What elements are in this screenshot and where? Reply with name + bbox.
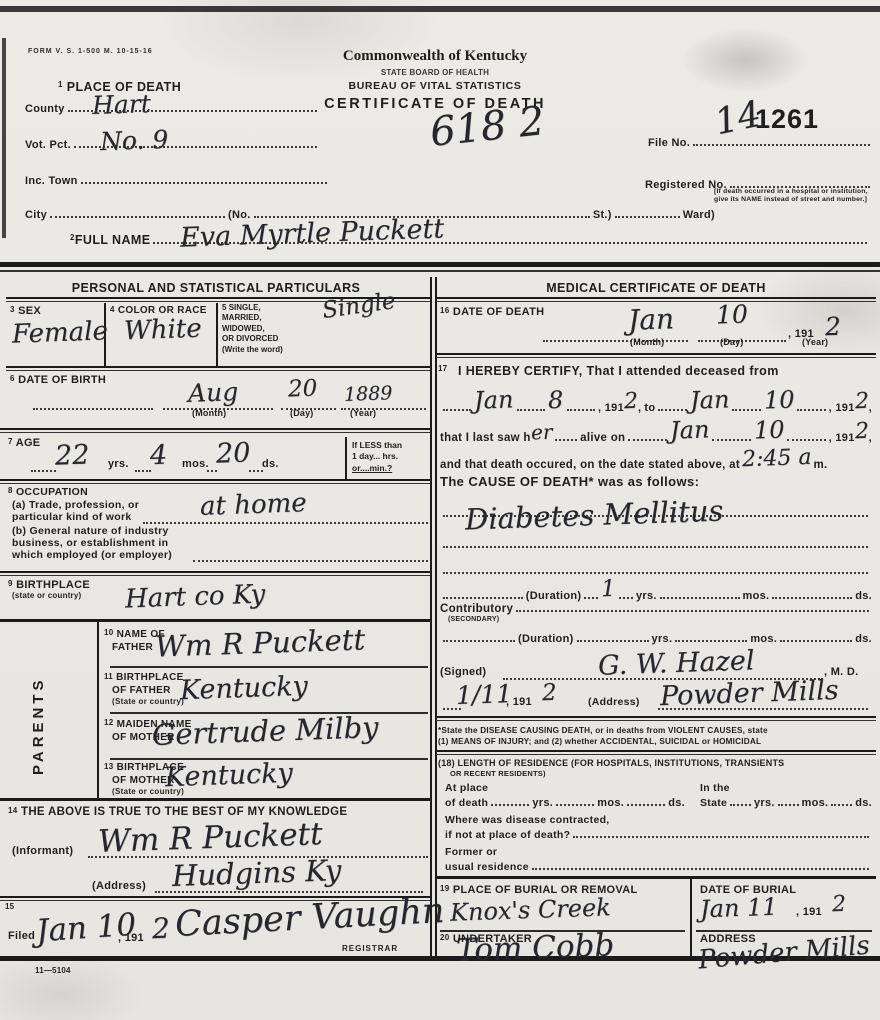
dotted-leader	[567, 399, 595, 411]
street-no-label: (No.	[228, 209, 251, 221]
dotted-leader	[831, 794, 852, 806]
dotted-leader	[627, 794, 665, 806]
dotted-leader	[249, 460, 263, 472]
attended-to-day: 10	[763, 385, 795, 414]
bureau-line: BUREAU OF VITAL STATISTICS	[285, 80, 585, 92]
signed-label: (Signed)	[440, 666, 486, 678]
disease-contracted-row: if not at place of death?	[445, 826, 872, 841]
death-time-line: and that death occured, on the date stat…	[440, 446, 872, 471]
age-less-than-note: If LESS than 1 day... hrs. or....min.?	[352, 440, 428, 474]
meridiem-label: m.	[813, 459, 827, 471]
commonwealth-title: Commonwealth of Kentucky	[285, 48, 585, 65]
father-birthplace-label: 11 BIRTHPLACE OF FATHER (State or countr…	[104, 672, 184, 707]
divider	[436, 297, 876, 299]
divider	[436, 353, 876, 355]
informant-address-label: (Address)	[92, 880, 146, 892]
dod-day-caption: (Day)	[720, 337, 744, 347]
dotted-leader	[797, 399, 825, 411]
attended-from-month: Jan	[474, 385, 514, 414]
informant-label: (Informant)	[12, 845, 73, 857]
dotted-leader	[491, 794, 529, 806]
undertaker-value: Tom Cobb	[455, 927, 614, 969]
divider	[0, 575, 430, 576]
race-value: White	[124, 314, 203, 347]
dotted-leader	[780, 630, 852, 642]
dotted-leader	[619, 587, 633, 599]
last-saw-month: Jan	[669, 415, 709, 444]
certify-intro: I HEREBY CERTIFY, That I attended deceas…	[458, 364, 779, 378]
dotted-leader	[730, 794, 751, 806]
at-place-label-1: At place	[445, 782, 488, 794]
disease-contracted-label-1: Where was disease contracted,	[445, 814, 610, 826]
city-label: City	[25, 209, 47, 221]
dotted-leader	[556, 794, 594, 806]
file-no-label: File No.	[648, 137, 690, 149]
pronoun-her: er	[530, 420, 552, 445]
dotted-leader	[555, 429, 577, 441]
dotted-leader	[31, 460, 56, 472]
date-of-death-label: DATE OF DEATH	[453, 306, 545, 318]
contributory-duration-line: (Duration) yrs. mos. ds.	[440, 630, 872, 645]
signed-address-label: (Address)	[588, 696, 640, 708]
dotted-leader	[532, 858, 869, 870]
occupation-label: OCCUPATION	[16, 486, 88, 498]
last-saw-line: that I last saw h er alive on Jan 10 , 1…	[440, 416, 872, 444]
age-ds-label: ds.	[262, 458, 279, 470]
hospital-note: [If death occurred in a hospital or inst…	[714, 188, 872, 205]
cause-of-death-value: Diabetes Mellitus	[464, 494, 723, 537]
dotted-leader	[517, 399, 545, 411]
filed-label: Filed	[8, 930, 35, 942]
burial-date-value: Jan 11	[700, 893, 778, 924]
filed-year-printed: , 191	[118, 932, 144, 944]
dotted-leader	[628, 429, 666, 441]
divider	[436, 754, 876, 755]
divider	[436, 876, 876, 879]
violent-causes-footnote-2: (1) MEANS OF INJURY; and (2) whether ACC…	[438, 737, 874, 746]
age-mos-label: mos.	[182, 458, 209, 470]
burial-place-value: Knox's Creek	[450, 893, 612, 927]
cell-divider	[216, 303, 218, 366]
signed-date-value: 1/11	[456, 679, 513, 710]
voting-precinct-row: Vot. Pct.	[25, 136, 320, 151]
dotted-leader	[732, 399, 760, 411]
column-divider	[435, 277, 437, 958]
voting-precinct-label: Vot. Pct.	[25, 139, 71, 151]
dob-year-caption: (Year)	[350, 408, 376, 418]
divider	[0, 479, 430, 481]
father-birthplace-value: Kentucky	[179, 671, 308, 706]
dob-month-value: Aug	[188, 377, 239, 408]
column-divider	[430, 277, 432, 958]
divider	[436, 750, 876, 752]
county-row: County	[25, 100, 320, 115]
dotted-leader	[730, 176, 870, 188]
dob-day-caption: (Day)	[290, 408, 314, 418]
dotted-leader	[787, 429, 825, 441]
state-board-line: STATE BOARD OF HEALTH	[285, 68, 585, 77]
scan-edge-left	[2, 38, 6, 238]
dod-month-caption: (Month)	[630, 337, 664, 347]
dotted-leader	[660, 587, 740, 599]
attended-from-year-suffix: 2	[624, 389, 639, 414]
sex-label: SEX	[18, 305, 41, 317]
father-name-value: Wm R Puckett	[154, 622, 365, 663]
cause-duration-years: 1	[601, 576, 617, 602]
death-day-value: 10	[716, 299, 749, 329]
rule-line	[696, 928, 872, 932]
divider	[436, 716, 876, 718]
divider	[0, 483, 430, 484]
former-residence-row: usual residence	[445, 858, 872, 873]
dotted-leader	[712, 429, 750, 441]
certify-from-to-line: Jan 8 , 191 2 , to Jan 10 , 191 2 ,	[440, 386, 872, 414]
at-place-units-row: of death yrs. mos. ds.	[445, 794, 685, 809]
cause-duration-line: (Duration) 1 yrs. mos. ds.	[440, 576, 872, 602]
signed-year-suffix: 2	[542, 680, 558, 706]
ward-label: Ward)	[683, 209, 715, 221]
divider	[0, 428, 430, 430]
cell-divider	[690, 879, 692, 958]
cell-divider	[345, 437, 347, 479]
age-days-value: 20	[215, 437, 250, 469]
dod-year-caption: (Year)	[802, 337, 828, 347]
cell-divider	[97, 622, 99, 798]
dob-label: DATE OF BIRTH	[18, 374, 106, 386]
occupation-b-line3: which employed (or employer)	[12, 549, 172, 561]
violent-causes-footnote-1: *State the DISEASE CAUSING DEATH, or in …	[438, 726, 874, 735]
former-residence-label-1: Former or	[445, 846, 497, 858]
dotted-leader	[615, 206, 680, 218]
divider	[0, 571, 430, 573]
full-name-label: FULL NAME	[75, 233, 151, 247]
dotted-leader	[207, 460, 217, 472]
dotted-leader	[443, 562, 868, 574]
last-saw-day: 10	[753, 415, 785, 444]
dotted-leader	[675, 630, 747, 642]
age-years-value: 22	[54, 439, 89, 471]
form-code: FORM V. S. 1-500 M. 10-15-16	[28, 48, 153, 55]
section-17-number: 17	[438, 364, 447, 373]
county-value: Hart	[92, 89, 152, 120]
dotted-leader	[772, 587, 852, 599]
medical-section-title: MEDICAL CERTIFICATE OF DEATH	[436, 281, 876, 295]
burial-year-suffix: 2	[832, 892, 847, 917]
divider	[0, 270, 880, 272]
scan-edge-top	[0, 6, 880, 12]
birthplace-sub-label: (state or country)	[12, 591, 81, 600]
divider	[0, 798, 430, 801]
signed-address-value: Powder Mills	[660, 675, 840, 712]
sex-value: Female	[12, 316, 109, 349]
dob-day-value: 20	[288, 375, 318, 402]
dotted-leader	[50, 206, 225, 218]
file-no-stamp: 1261	[755, 104, 819, 135]
plate-code: 11—5104	[35, 966, 71, 975]
section-15-number: 15	[5, 902, 14, 911]
state-units-row: State yrs. mos. ds.	[700, 794, 872, 809]
dotted-leader	[443, 630, 515, 642]
attended-to-year-suffix: 2	[854, 389, 869, 414]
physician-signature: G. W. Hazel	[598, 645, 755, 681]
inc-town-label: Inc. Town	[25, 175, 78, 187]
dob-month-caption: (Month)	[192, 408, 226, 418]
voting-precinct-value: No. 9	[100, 125, 169, 156]
dotted-leader	[778, 794, 799, 806]
divider	[6, 370, 430, 371]
divider	[436, 357, 876, 358]
section-1-number: 1	[58, 80, 63, 89]
marital-label: 5 SINGLE, MARRIED, WIDOWED, OR DIVORCED …	[222, 303, 283, 355]
dotted-leader	[33, 398, 153, 410]
in-the-label: In the	[700, 782, 730, 794]
divider	[0, 619, 430, 622]
to-label: to	[644, 402, 655, 414]
death-time-value: 2:45 a	[742, 445, 812, 472]
rule-line	[110, 664, 428, 668]
dob-year-value: 1889	[344, 382, 393, 406]
divider	[436, 720, 876, 721]
filed-year-suffix: 2	[151, 912, 170, 946]
last-saw-year-suffix: 2	[854, 419, 869, 444]
age-yrs-label: yrs.	[108, 458, 129, 470]
inc-town-row: Inc. Town	[25, 172, 330, 187]
dotted-leader	[584, 587, 598, 599]
birthplace-value: Hart co Ky	[125, 580, 266, 615]
dotted-leader	[443, 399, 471, 411]
registrar-label: REGISTRAR	[342, 944, 398, 953]
burial-year-printed: , 191	[796, 906, 822, 918]
mother-birthplace-value: Kentucky	[164, 758, 293, 793]
residence-label-2: OR RECENT RESIDENTS)	[450, 769, 546, 778]
contributory-row: Contributory	[440, 600, 872, 615]
birthplace-label: BIRTHPLACE	[16, 579, 90, 591]
divider	[0, 262, 880, 267]
signed-year-printed: , 191	[506, 696, 532, 708]
informant-address-value: Hudgins Ky	[171, 853, 341, 893]
age-label: AGE	[16, 437, 41, 449]
parents-vertical-label: PARENTS	[30, 645, 47, 775]
occupation-a-line2: particular kind of work	[12, 511, 132, 523]
age-months-value: 4	[149, 440, 167, 472]
dotted-leader	[516, 600, 869, 612]
dotted-leader	[443, 587, 523, 599]
dotted-leader	[443, 536, 868, 548]
mother-name-value: Gertrude Milby	[151, 710, 379, 752]
occupation-a-line1: (a) Trade, profession, or	[12, 499, 139, 511]
county-label: County	[25, 103, 65, 115]
death-certificate-scan: FORM V. S. 1-500 M. 10-15-16 Commonwealt…	[0, 0, 880, 1020]
cause-of-death-intro: The CAUSE OF DEATH* was as follows:	[440, 474, 699, 489]
death-month-value: Jan	[627, 302, 674, 337]
attended-from-day: 8	[548, 386, 564, 415]
occupation-value: at home	[200, 488, 308, 522]
secondary-label: (SECONDARY)	[448, 616, 499, 623]
dotted-leader	[573, 826, 869, 838]
dotted-leader	[81, 172, 327, 184]
contributory-label: Contributory	[440, 603, 513, 615]
attended-to-month: Jan	[689, 385, 729, 414]
dotted-leader	[577, 630, 649, 642]
divider	[0, 432, 430, 433]
street-label: St.)	[593, 209, 612, 221]
occupation-b-line1: (b) General nature of industry	[12, 525, 169, 537]
occupation-b-line2: business, or establishment in	[12, 537, 168, 549]
dotted-leader	[193, 550, 428, 562]
dotted-leader	[658, 399, 686, 411]
residence-label-1: (18) LENGTH OF RESIDENCE (FOR HOSPITALS,…	[438, 758, 784, 768]
dotted-leader	[135, 460, 151, 472]
divider	[6, 366, 430, 368]
